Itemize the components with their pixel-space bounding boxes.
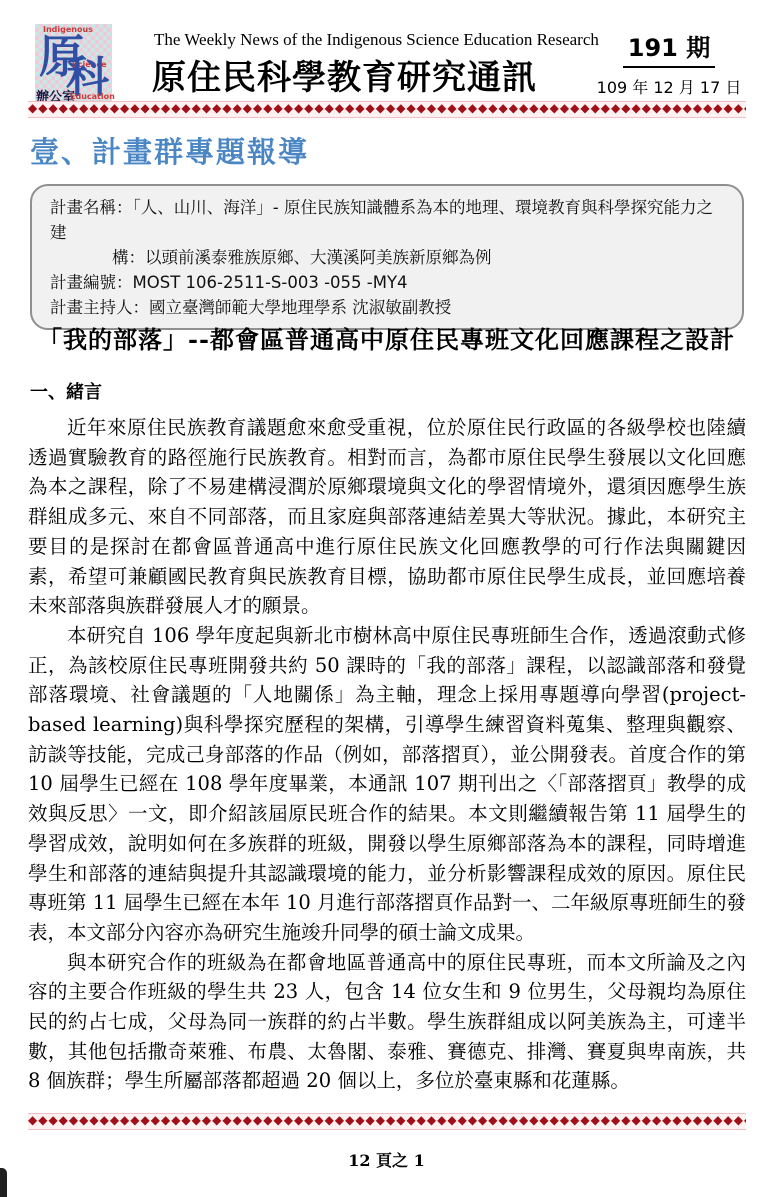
project-info-box: 計畫名稱：「人、山川、海洋」- 原住民族知識體系為本的地理、環境教育與科學探究能…: [30, 184, 744, 330]
newsletter-logo: Indigenous 原 Science 科 辦公室 Education: [35, 24, 112, 103]
issue-date: 109 年 12 月 17 日: [588, 75, 750, 98]
article-title: 「我的部落」--都會區普通高中原住民專班文化回應課程之設計: [0, 320, 773, 355]
paragraph-3: 與本研究合作的班級為在都會地區普通高中的原住民專班，而本文所論及之內容的主要合作…: [28, 948, 746, 1097]
issue-number: 191 期: [623, 28, 715, 68]
decorative-diamond-border-bottom: ◆◆◆◆◆◆◆◆◆◆◆◆◆◆◆◆◆◆◆◆◆◆◆◆◆◆◆◆◆◆◆◆◆◆◆◆◆◆◆◆…: [28, 1113, 746, 1130]
project-number: 計畫編號：MOST 106-2511-S-003 -055 -MY4: [50, 270, 724, 295]
project-pi: 計畫主持人：國立臺灣師範大學地理學系 沈淑敏副教授: [50, 295, 724, 320]
diamond-pattern-icon: ◆◆◆◆◆◆◆◆◆◆◆◆◆◆◆◆◆◆◆◆◆◆◆◆◆◆◆◆◆◆◆◆◆◆◆◆◆◆◆◆…: [28, 102, 746, 115]
project-name-line2: 構：以頭前溪泰雅族原鄉、大漢溪阿美族新原鄉為例: [50, 245, 724, 270]
newsletter-page: Indigenous 原 Science 科 辦公室 Education The…: [0, 0, 773, 1197]
logo-label-education: Education: [70, 93, 115, 101]
english-title: The Weekly News of the Indigenous Scienc…: [154, 30, 599, 50]
article-body: 近年來原住民族教育議題愈來愈受重視，位於原住民行政區的各級學校也陸續透過實驗教育…: [28, 413, 746, 1096]
issue-block: 191 期 109 年 12 月 17 日: [588, 28, 750, 98]
diamond-pattern-icon: ◆◆◆◆◆◆◆◆◆◆◆◆◆◆◆◆◆◆◆◆◆◆◆◆◆◆◆◆◆◆◆◆◆◆◆◆◆◆◆◆…: [28, 1114, 746, 1127]
screen-corner-artifact: [0, 1168, 7, 1197]
project-name-line1: 計畫名稱：「人、山川、海洋」- 原住民族知識體系為本的地理、環境教育與科學探究能…: [50, 195, 724, 245]
section-heading: 壹、計畫群專題報導: [30, 130, 309, 171]
paragraph-1: 近年來原住民族教育議題愈來愈受重視，位於原住民行政區的各級學校也陸續透過實驗教育…: [28, 413, 746, 621]
paragraph-2: 本研究自 106 學年度起與新北市樹林高中原住民專班師生合作，透過滾動式修正，為…: [28, 621, 746, 948]
page-number: 12 頁之 1: [0, 1148, 773, 1171]
section-1-heading: 一、緒言: [30, 378, 102, 404]
chinese-title: 原住民科學教育研究通訊: [152, 50, 537, 99]
decorative-diamond-border-top: ◆◆◆◆◆◆◆◆◆◆◆◆◆◆◆◆◆◆◆◆◆◆◆◆◆◆◆◆◆◆◆◆◆◆◆◆◆◆◆◆…: [28, 101, 746, 118]
